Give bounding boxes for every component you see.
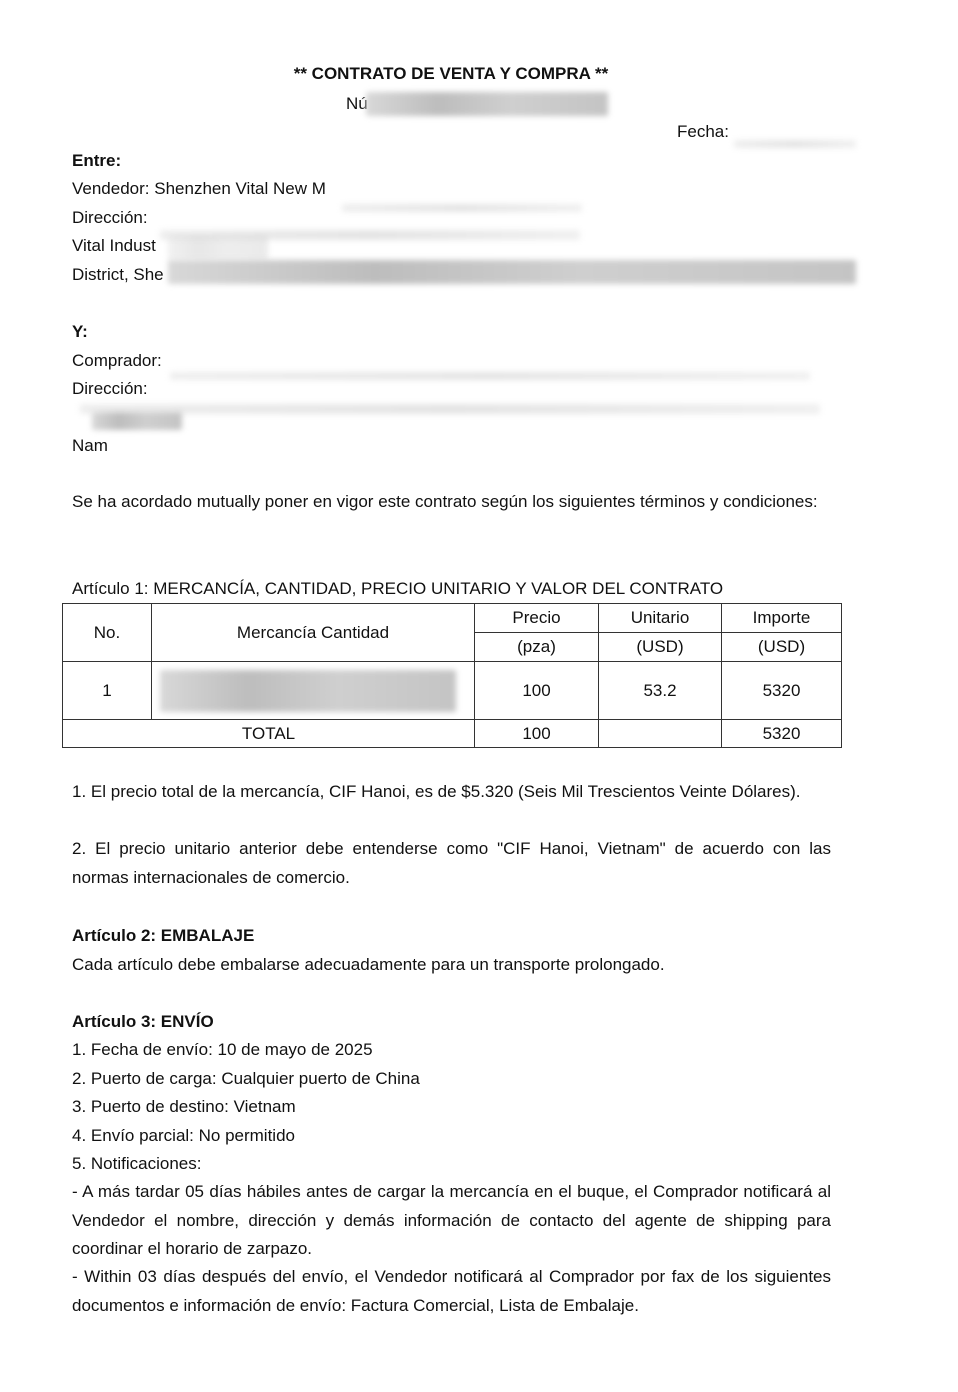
article2-text: Cada artículo debe embalarse adecuadamen… <box>72 955 665 975</box>
row-amount: 5320 <box>722 662 842 720</box>
buyer-address-line3: Nam <box>72 436 108 456</box>
shipping-item: 4. Envío parcial: No permitido <box>72 1126 295 1146</box>
row-qty: 100 <box>475 662 599 720</box>
row-goods <box>152 662 475 720</box>
buyer-label: Comprador: <box>72 351 162 371</box>
between-label: Entre: <box>72 151 121 171</box>
redacted-seller-name <box>342 204 582 212</box>
total-row: TOTAL 100 5320 <box>63 720 842 748</box>
article1-heading: Artículo 1: MERCANCÍA, CANTIDAD, PRECIO … <box>72 579 723 599</box>
header-amount-bottom: (USD) <box>722 633 842 662</box>
table-row: 1 100 53.2 5320 <box>63 662 842 720</box>
header-price-top: Precio <box>475 604 599 633</box>
article3-heading: Artículo 3: ENVÍO <box>72 1012 214 1032</box>
header-price-bottom: (pza) <box>475 633 599 662</box>
contract-number-label: Nú <box>346 94 368 114</box>
redacted-buyer-name <box>170 372 810 380</box>
seller-address-label: Dirección: <box>72 208 148 228</box>
and-label: Y: <box>72 322 88 342</box>
redacted-seller-address-2 <box>168 236 268 260</box>
header-unit-top: Unitario <box>599 604 722 633</box>
contract-title: ** CONTRATO DE VENTA Y COMPRA ** <box>0 64 902 84</box>
row-unit-price: 53.2 <box>599 662 722 720</box>
article2-heading: Artículo 2: EMBALAJE <box>72 926 254 946</box>
seller-line: Vendedor: Shenzhen Vital New M <box>72 179 326 199</box>
header-unit-bottom: (USD) <box>599 633 722 662</box>
seller-address-line3: District, She <box>72 265 164 285</box>
notification-1: - A más tardar 05 días hábiles antes de … <box>72 1178 831 1264</box>
date-label: Fecha: <box>677 122 729 142</box>
total-amount: 5320 <box>722 720 842 748</box>
total-qty: 100 <box>475 720 599 748</box>
header-no: No. <box>63 604 152 662</box>
notification-2: - Within 03 días después del envío, el V… <box>72 1263 831 1320</box>
redacted-buyer-address <box>80 404 820 414</box>
article1-note2: 2. El precio unitario anterior debe ente… <box>72 835 831 892</box>
header-amount-top: Importe <box>722 604 842 633</box>
goods-table: No. Mercancía Cantidad Precio Unitario I… <box>62 603 842 748</box>
intro-paragraph: Se ha acordado mutually poner en vigor e… <box>72 488 831 517</box>
shipping-item: 2. Puerto de carga: Cualquier puerto de … <box>72 1069 420 1089</box>
total-unit-price <box>599 720 722 748</box>
seller-address-line2: Vital Indust <box>72 236 156 256</box>
buyer-address-label: Dirección: <box>72 379 148 399</box>
redacted-seller-address-3 <box>168 260 856 284</box>
redacted-goods-description <box>160 670 456 712</box>
shipping-item: 5. Notificaciones: <box>72 1154 201 1174</box>
shipping-item: 1. Fecha de envío: 10 de mayo de 2025 <box>72 1040 373 1060</box>
article1-note1: 1. El precio total de la mercancía, CIF … <box>72 778 831 807</box>
total-label: TOTAL <box>63 720 475 748</box>
redacted-contract-number <box>366 92 608 116</box>
redacted-buyer-address-2 <box>92 412 182 430</box>
shipping-item: 3. Puerto de destino: Vietnam <box>72 1097 296 1117</box>
header-goods: Mercancía Cantidad <box>152 604 475 662</box>
row-no: 1 <box>63 662 152 720</box>
redacted-date <box>734 140 856 148</box>
